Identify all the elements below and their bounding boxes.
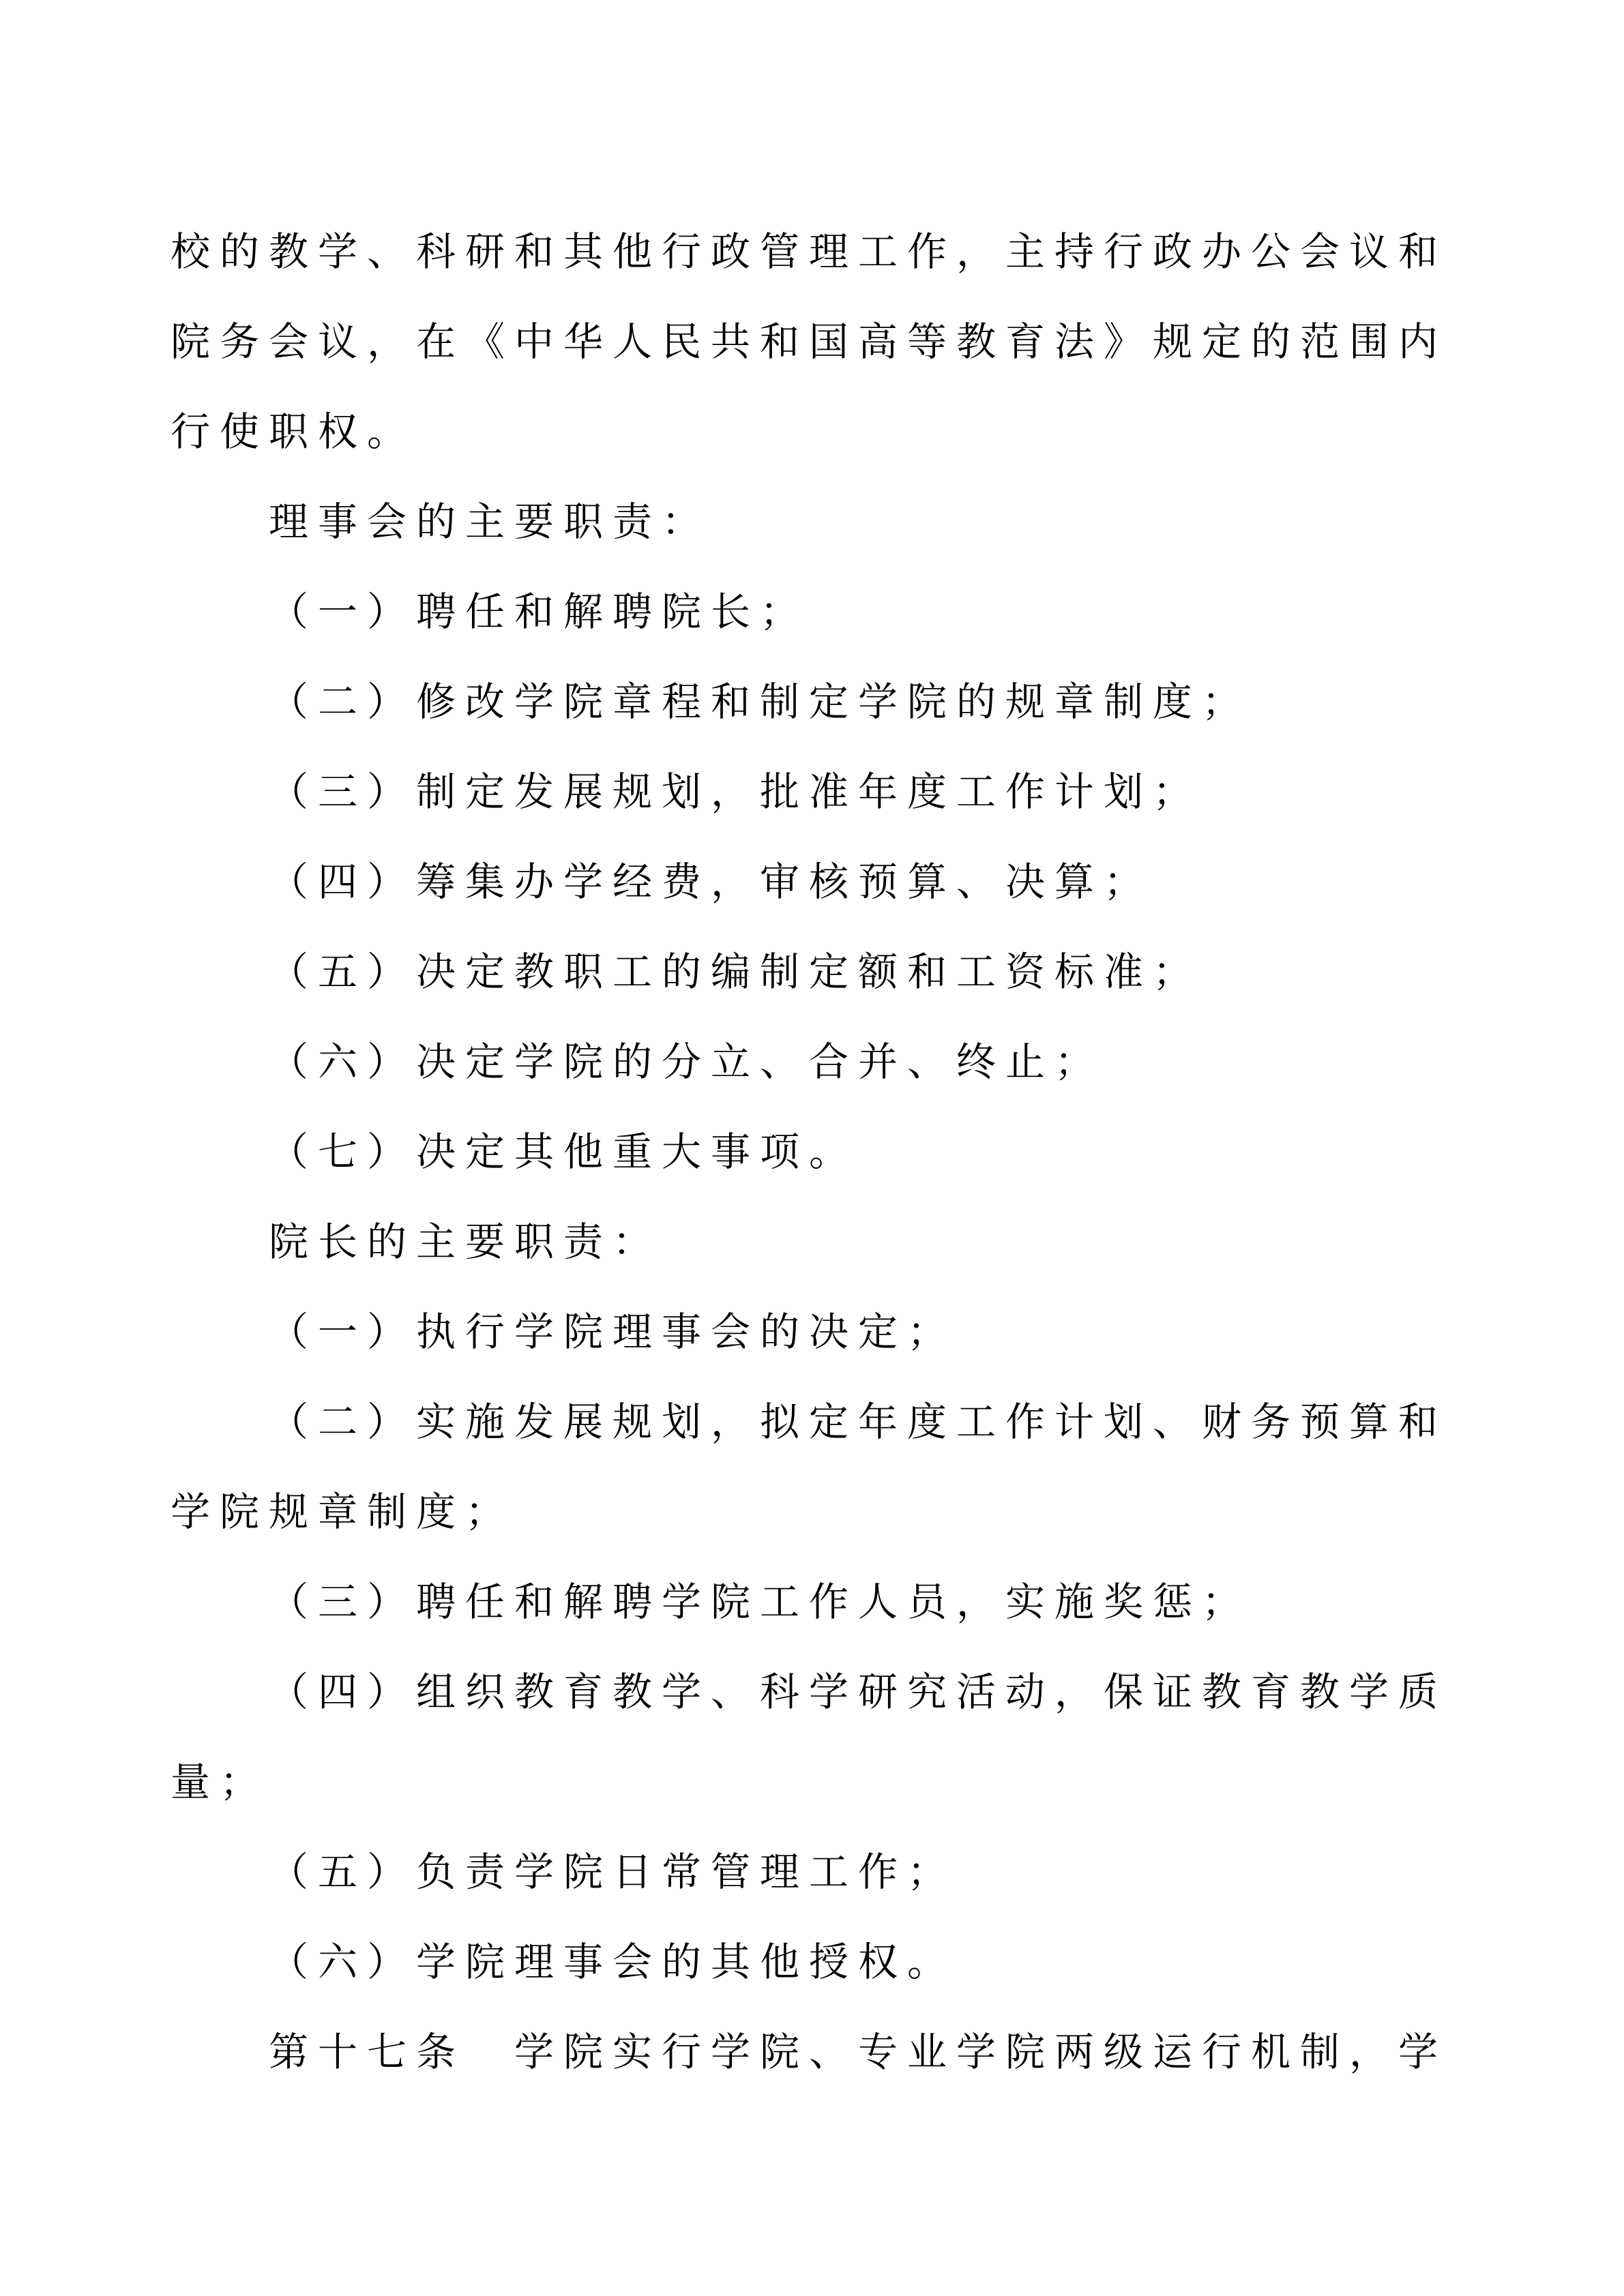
text-line: （二）实施发展规划，拟定年度工作计划、财务预算和 [171, 1377, 1453, 1467]
text-line: 理事会的主要职责： [171, 477, 1453, 567]
text-line: （六）决定学院的分立、合并、终止； [171, 1017, 1453, 1107]
text-line: 量； [171, 1738, 1453, 1828]
text-line: （一）聘任和解聘院长； [171, 567, 1453, 657]
text-line: （一）执行学院理事会的决定； [171, 1287, 1453, 1377]
text-line: （四）组织教育教学、科学研究活动，保证教育教学质 [171, 1648, 1453, 1738]
text-line: 院长的主要职责： [171, 1197, 1453, 1287]
text-line: （三）制定发展规划，批准年度工作计划； [171, 747, 1453, 837]
text-line: 第十七条 学院实行学院、专业学院两级运行机制，学 [171, 2008, 1453, 2098]
text-line: 行使职权。 [171, 387, 1453, 477]
text-line: 学院规章制度； [171, 1467, 1453, 1557]
text-line: （五）负责学院日常管理工作； [171, 1828, 1453, 1918]
text-line: （三）聘任和解聘学院工作人员，实施奖惩； [171, 1557, 1453, 1648]
text-line: 校的教学、科研和其他行政管理工作，主持行政办公会议和 [171, 207, 1453, 297]
text-line: （七）决定其他重大事项。 [171, 1107, 1453, 1197]
text-line: （四）筹集办学经费，审核预算、决算； [171, 837, 1453, 927]
text-line: 院务会议，在《中华人民共和国高等教育法》规定的范围内 [171, 297, 1453, 387]
document-page: 校的教学、科研和其他行政管理工作，主持行政办公会议和 院务会议，在《中华人民共和… [0, 0, 1624, 2296]
text-line: （五）决定教职工的编制定额和工资标准； [171, 927, 1453, 1017]
text-line: （六）学院理事会的其他授权。 [171, 1918, 1453, 2008]
text-line: （二）修改学院章程和制定学院的规章制度； [171, 657, 1453, 747]
